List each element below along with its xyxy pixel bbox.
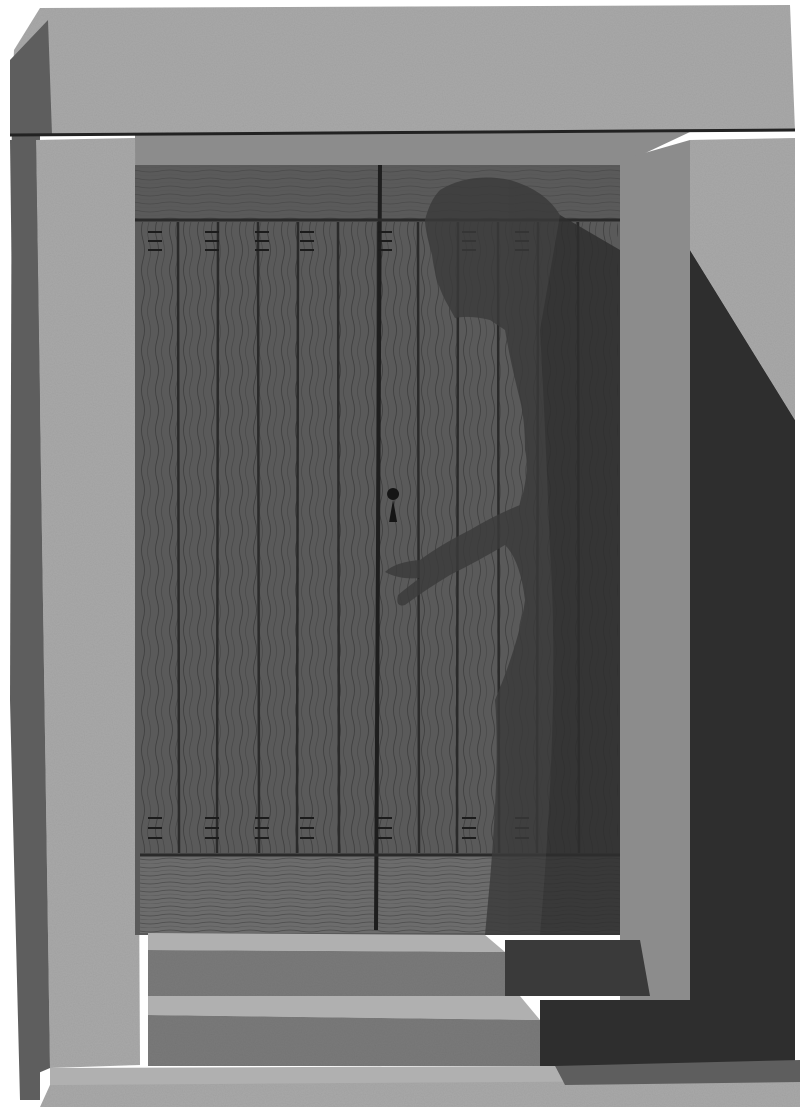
plank-joint — [338, 222, 339, 853]
left-stone-jamb — [36, 138, 140, 1068]
plank-joint — [297, 222, 298, 853]
plank-joint — [418, 222, 419, 853]
upper-step-shadow — [505, 940, 650, 996]
door-plank — [418, 222, 458, 853]
door-plank — [138, 222, 178, 853]
lintel-soffit — [135, 132, 690, 165]
lower-step-shadow — [540, 1000, 790, 1066]
stone-lintel — [10, 5, 795, 135]
door-plank — [378, 222, 418, 853]
upper-step-face — [148, 950, 505, 996]
plank-joint — [258, 222, 259, 853]
illustration-scene — [0, 0, 800, 1107]
right-jamb-inner — [620, 140, 690, 1000]
door-plank — [298, 222, 338, 853]
door-plank — [258, 222, 298, 853]
plank-joint — [217, 222, 218, 853]
lower-step-face — [148, 1015, 540, 1066]
door-plank — [178, 222, 218, 853]
plank-joint — [178, 222, 179, 853]
figure-shadow-back — [540, 215, 620, 935]
door-plank — [218, 222, 258, 853]
door-plank — [338, 222, 378, 853]
doorway-illustration — [0, 0, 800, 1107]
upper-step-top — [148, 933, 505, 952]
